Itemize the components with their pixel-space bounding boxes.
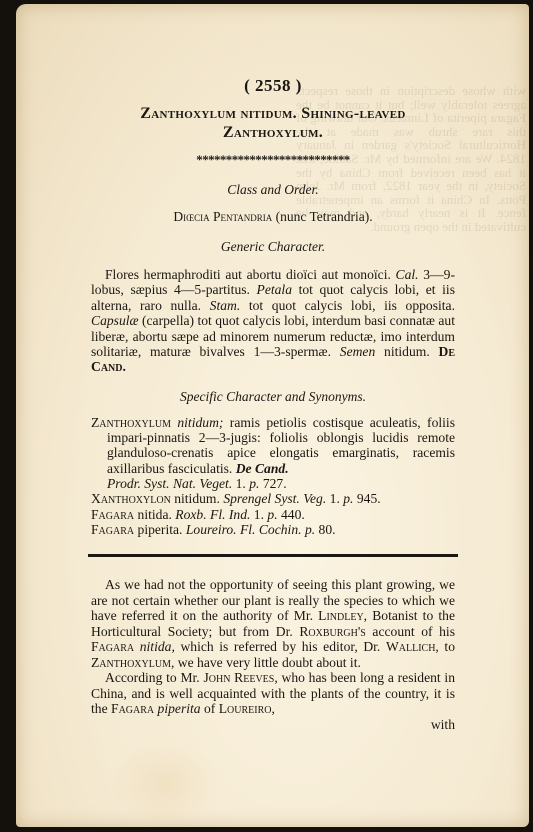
- name-reeves: John Reeves,: [203, 670, 277, 685]
- synonym-entry: Xanthoxylon nitidum. Sprengel Syst. Veg.…: [91, 491, 455, 506]
- class-note: (nunc Tetrandria).: [276, 209, 373, 224]
- label-semen: Semen: [340, 344, 375, 359]
- body-text: As we had not the opportunity of seeing …: [91, 577, 455, 732]
- ref-volume: 1.: [250, 507, 267, 522]
- text-run: which is referred by his editor, Dr.: [175, 639, 386, 654]
- species: nitida.: [134, 507, 175, 522]
- text-run: account of his: [366, 624, 455, 639]
- species: nitidum.: [171, 491, 224, 506]
- text-run: Flores hermaphroditi aut abortu dioïci a…: [105, 267, 391, 282]
- species: nitidum;: [177, 415, 223, 430]
- section-rule: [88, 554, 458, 557]
- page-number: ( 2558 ): [91, 76, 455, 96]
- species-piperita: piperita: [158, 701, 201, 716]
- genus: Fagara: [91, 507, 134, 522]
- body-paragraph-2: According to Mr. John Reeves, who has be…: [91, 670, 455, 717]
- page-abbrev: p.: [343, 491, 353, 506]
- text-run: to: [439, 639, 455, 654]
- page-title: Zanthoxylum nitidum. Shining-leaved Zant…: [91, 104, 455, 142]
- synonym-entry: Fagara piperita. Loureiro. Fl. Cochin. p…: [91, 522, 455, 537]
- label-stam: Stam.: [210, 298, 241, 313]
- genus-fagara: Fagara: [91, 639, 134, 654]
- page-abbrev: p.: [249, 476, 259, 491]
- species-nitida: nitida,: [140, 639, 175, 654]
- label-capsulae: Capsulæ: [91, 313, 139, 328]
- authority: De Cand.: [236, 461, 289, 476]
- synonym-entry: Zanthoxylum nitidum; ramis petiolis cost…: [91, 415, 455, 491]
- reference: Roxb. Fl. Ind.: [175, 507, 250, 522]
- title-line-2: Zanthoxylum.: [91, 123, 455, 142]
- class-name: Diœcia Pentandria: [173, 209, 272, 224]
- genus-fagara: Fagara: [111, 701, 154, 716]
- ref-page: 727.: [259, 476, 286, 491]
- name-roxburgh: Roxburgh's: [299, 624, 366, 639]
- title-line-1: Zanthoxylum nitidum. Shining-leaved: [91, 104, 455, 123]
- ornament-divider: **************************: [91, 152, 455, 168]
- ref-volume: 1.: [326, 491, 343, 506]
- genus: Zanthoxylum: [91, 415, 171, 430]
- synonym-entry: Fagara nitida. Roxb. Fl. Ind. 1. p. 440.: [91, 507, 455, 522]
- name-wallich: Wallich,: [386, 639, 439, 654]
- ref-volume: 1.: [232, 476, 249, 491]
- text-run: nitidum.: [375, 344, 438, 359]
- catchword: with: [91, 717, 455, 733]
- text-run: According to Mr.: [105, 670, 203, 685]
- text-run: of: [201, 701, 219, 716]
- page-abbrev: p.: [267, 507, 277, 522]
- name-loureiro: Loureiro,: [219, 701, 275, 716]
- name-lindley: Lindley,: [318, 608, 367, 623]
- species: piperita.: [134, 522, 186, 537]
- label-petala: Petala: [257, 282, 293, 297]
- ref-page: 945.: [353, 491, 380, 506]
- scanned-page: with whose description in those respects…: [16, 4, 529, 827]
- class-order-line: Diœcia Pentandria (nunc Tetrandria).: [91, 209, 455, 225]
- label-cal: Cal.: [396, 267, 419, 282]
- page-content: ( 2558 ) Zanthoxylum nitidum. Shining-le…: [91, 76, 455, 732]
- reference: Loureiro. Fl. Cochin.: [186, 522, 302, 537]
- genus: Xanthoxylon: [91, 491, 171, 506]
- specific-character-heading: Specific Character and Synonyms.: [91, 389, 455, 405]
- generic-character-heading: Generic Character.: [91, 239, 455, 255]
- text-run: we have very little doubt about it.: [174, 655, 361, 670]
- paper-stain: [111, 739, 221, 827]
- ref-page: 440.: [278, 507, 305, 522]
- reference: Sprengel Syst. Veg.: [223, 491, 326, 506]
- body-paragraph-1: As we had not the opportunity of seeing …: [91, 577, 455, 670]
- synonyms-list: Zanthoxylum nitidum; ramis petiolis cost…: [91, 415, 455, 537]
- reference: Prodr. Syst. Nat. Veget.: [107, 476, 232, 491]
- ref-page: 80.: [315, 522, 335, 537]
- page-abbrev: p.: [305, 522, 315, 537]
- genus: Fagara: [91, 522, 134, 537]
- class-order-heading: Class and Order.: [91, 182, 455, 198]
- genus-zanthoxylum: Zanthoxylum,: [91, 655, 174, 670]
- text-run: tot quot calycis lobi, iis opposita.: [240, 298, 455, 313]
- generic-character-paragraph: Flores hermaphroditi aut abortu dioïci a…: [91, 267, 455, 375]
